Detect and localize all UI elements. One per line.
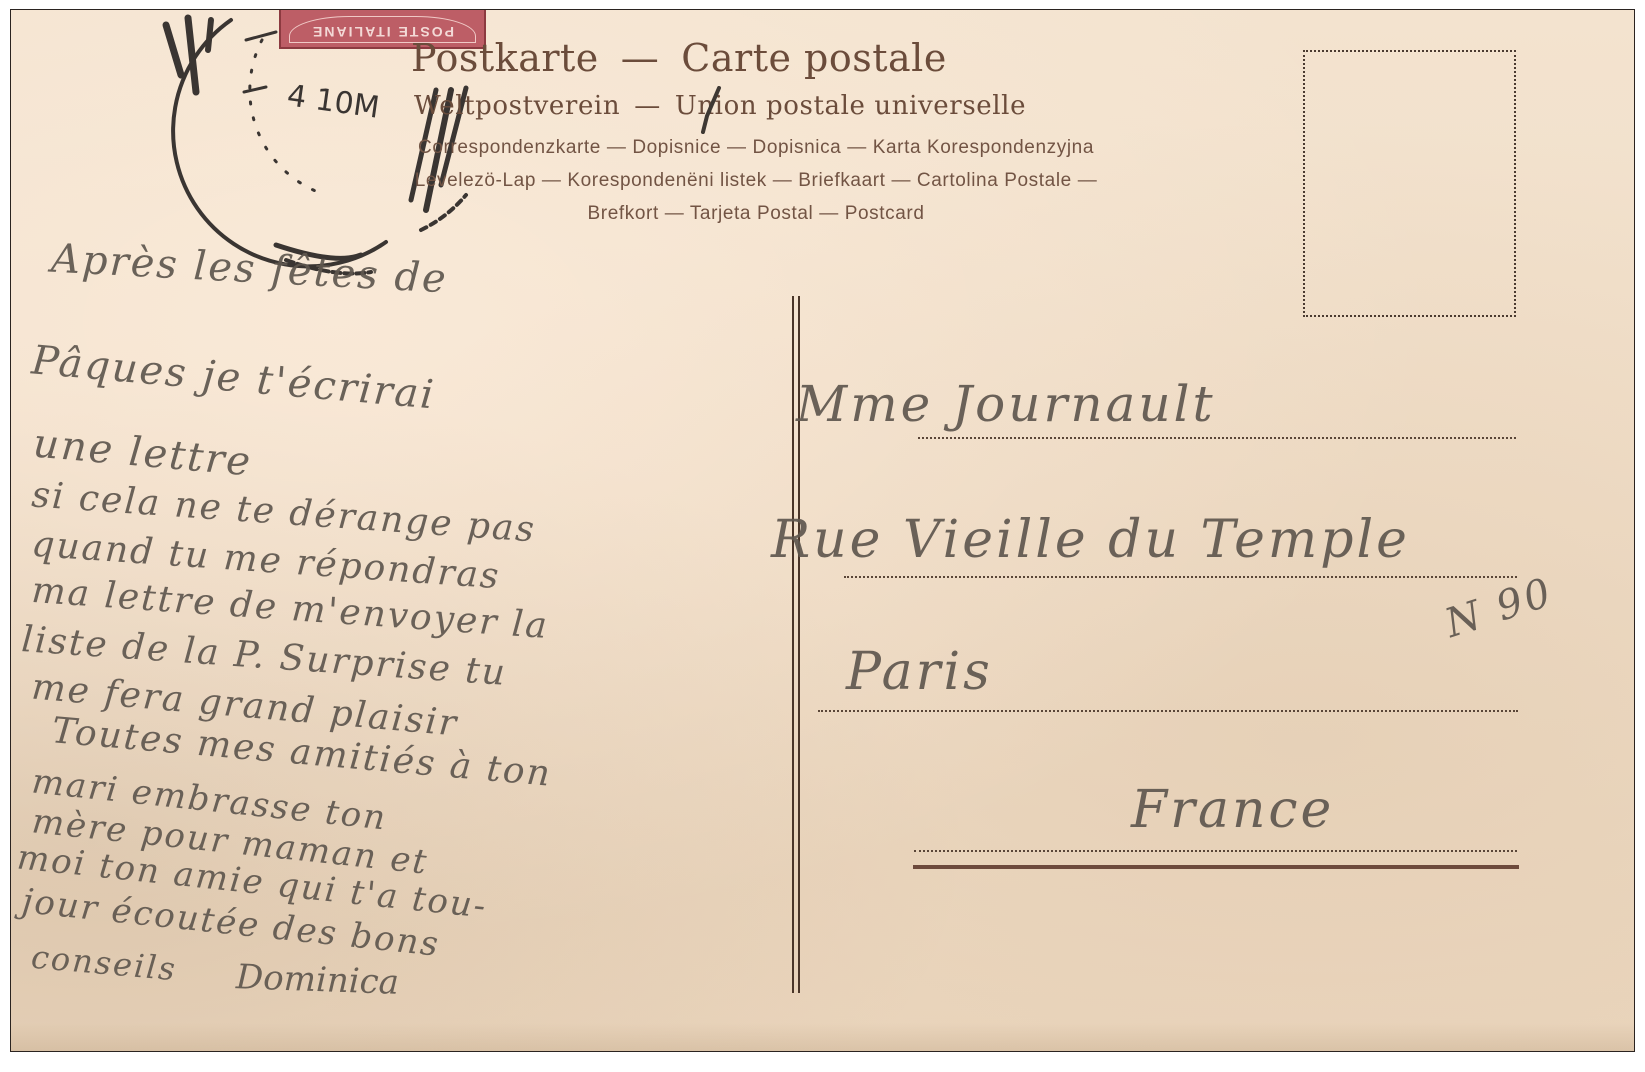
stamp-placement-box (1303, 50, 1516, 317)
postcard: 4 10M POSTE ITALIANE Postkarte—Carte pos… (10, 9, 1635, 1052)
printed-languages-line-1: Correspondenzkarte — Dopisnice — Dopisni… (156, 137, 1356, 159)
address-underline (913, 865, 1519, 869)
recipient-street-number: N 90 (1440, 569, 1559, 647)
subtitle-french: Union postale universelle (675, 91, 1026, 121)
address-line-2 (844, 576, 1517, 578)
printed-languages-line-2: Levelezö-Lap — Korespondenëni listek — B… (156, 170, 1356, 192)
printed-languages-line-3: Brefkort — Tarjeta Postal — Postcard (156, 203, 1356, 225)
address-line-1 (918, 437, 1516, 439)
title-french: Carte postale (681, 36, 947, 80)
message-line: conseils (30, 938, 179, 989)
title-german: Postkarte (411, 36, 599, 80)
recipient-name: Mme Journault (796, 375, 1216, 433)
recipient-country: France (1131, 780, 1334, 840)
address-line-3 (818, 710, 1518, 712)
title-separator: — (621, 36, 660, 80)
svg-text:4 10M: 4 10M (285, 78, 382, 126)
address-line-4 (914, 850, 1517, 852)
subtitle-separator: — (634, 91, 661, 121)
message-line: Pâques je t'écrirai (30, 337, 437, 418)
pen-mark-icon (697, 86, 727, 136)
signature: Dominica (235, 957, 399, 1003)
subtitle-german: Weltpostverein (414, 91, 620, 121)
printed-title: Postkarte—Carte postale (411, 36, 947, 80)
recipient-street: Rue Vieille du Temple (771, 510, 1410, 570)
recipient-city: Paris (846, 642, 993, 702)
